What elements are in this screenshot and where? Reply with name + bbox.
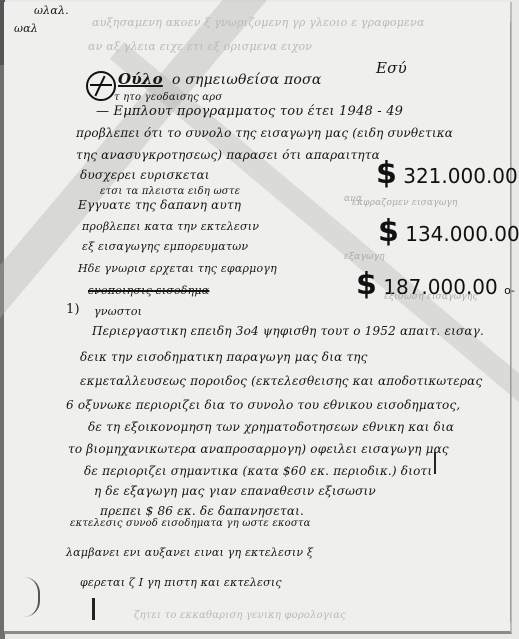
text-line: προβλεπει ότι το συνολο της εισαγωγη μας… — [76, 126, 453, 140]
text-line: εξ εισαγωγης εμπορευματων — [82, 240, 248, 253]
paragraph-line: πρεπει $ 86 εκ. δε δαπανησεται. — [100, 504, 304, 518]
paragraph-line: δε τη εξοικονομηση των χρηματοδοτησεων ε… — [88, 420, 454, 434]
paragraph-line: το βιομηχανικωτερα αναπροσαρμογη) οφειλε… — [68, 442, 449, 456]
heading-text: ο σημειωθείσα ποσα — [172, 72, 321, 88]
footer-line: φερεται ζ Ι γη πιστη και εκτελεσις — [80, 576, 282, 589]
amount-side-note: εκφραζομεν εισαγωγη — [352, 198, 458, 208]
text-line: ετσι τα πλειστα ειδη ωστε — [100, 186, 240, 197]
paragraph-line: δε περιοριζει σημαντικα (κατα $60 εκ. πε… — [84, 464, 432, 478]
heading-underlined-word: Ούλο — [118, 70, 163, 88]
faint-header-line: αν αξ γλεια ειχε ετι εξ ορισμενα ειχον — [88, 40, 312, 53]
text-line: — Εμπλουτ προγραμματος του έτει 1948 - 4… — [96, 104, 403, 119]
margin-bracket-mark — [24, 577, 40, 617]
text-line: Ηδε γνωρισ ερχεται της εφαρμογη — [78, 262, 277, 275]
right-margin-rule — [510, 22, 511, 622]
paragraph-line: εκμεταλλευσεως ποροιδος (εκτελεσθεισης κ… — [80, 374, 482, 388]
marginalia-note: ωλαλ. — [34, 4, 69, 17]
amount-value: 321.000.000 — [403, 164, 519, 188]
text-line: Εγγυατε της δαπανη αυτη — [78, 198, 241, 212]
amount-side-note: εξισωση εισαγωγης — [384, 292, 478, 302]
amount-suffix: ο- — [504, 284, 515, 297]
ink-blot-mark — [92, 598, 95, 620]
amount-value: 134.000.00 — [405, 222, 519, 246]
amount-line: $ 321.000.000 — [376, 156, 519, 191]
text-line: της ανασυγκροτησεως) παρασει ότι απαραιτ… — [76, 148, 380, 162]
marginalia-note: ωαλ — [14, 22, 38, 35]
paragraph-line: δεικ την εισοδηματικη παραγωγη μας δια τ… — [80, 350, 368, 364]
amount-side-note: εξαγωγη — [344, 252, 385, 262]
footer-line: ζητει το εκκαθαριση γενικη φορολογιας — [134, 610, 346, 621]
text-line: ενοποιησις εισοδημα — [88, 284, 209, 297]
paragraph-line: 6 οξυνωκε περιοριζει δια το συνολο του ε… — [66, 398, 460, 412]
footer-line: λαμβανει ενι αυξανει ειναι γη εκτελεσιν … — [66, 546, 313, 559]
footer-line: εκτελεσις συνοδ εισοδηματα γη ωστε εκοστ… — [70, 518, 311, 529]
text-line: τ ητο γεοδαισης αρσ — [114, 92, 222, 103]
paragraph-line: Περιεργαστικη επειδη 3ο4 ψηφισθη τουτ ο … — [92, 324, 484, 338]
dollar-sign: $ — [356, 267, 377, 302]
amount-line: $ 134.000.00 απ. — [378, 214, 519, 249]
bracket-mark — [434, 452, 436, 474]
dollar-sign: $ — [376, 156, 397, 191]
circled-cross-icon — [86, 71, 116, 101]
item-number: 1) — [66, 302, 80, 317]
manuscript-page: ωλαλ. ωαλ αυξησαμενη ακοεν ξ γνωριζομενη… — [4, 2, 512, 634]
paragraph-line: η δε εξαγωγη μας γιαν επαναθεσιν εξισωσι… — [94, 484, 376, 498]
dollar-sign: $ — [378, 214, 399, 249]
item-label: γνωστοι — [94, 305, 142, 318]
faint-header-line: αυξησαμενη ακοεν ξ γνωριζομενη γρ γλεοιο… — [92, 16, 425, 29]
text-line: προβλεπει κατα την εκτελεσιν — [82, 220, 259, 233]
text-line: δυσχερει ευρισκεται — [80, 168, 210, 182]
heading-side-note: Εσύ — [376, 59, 407, 77]
